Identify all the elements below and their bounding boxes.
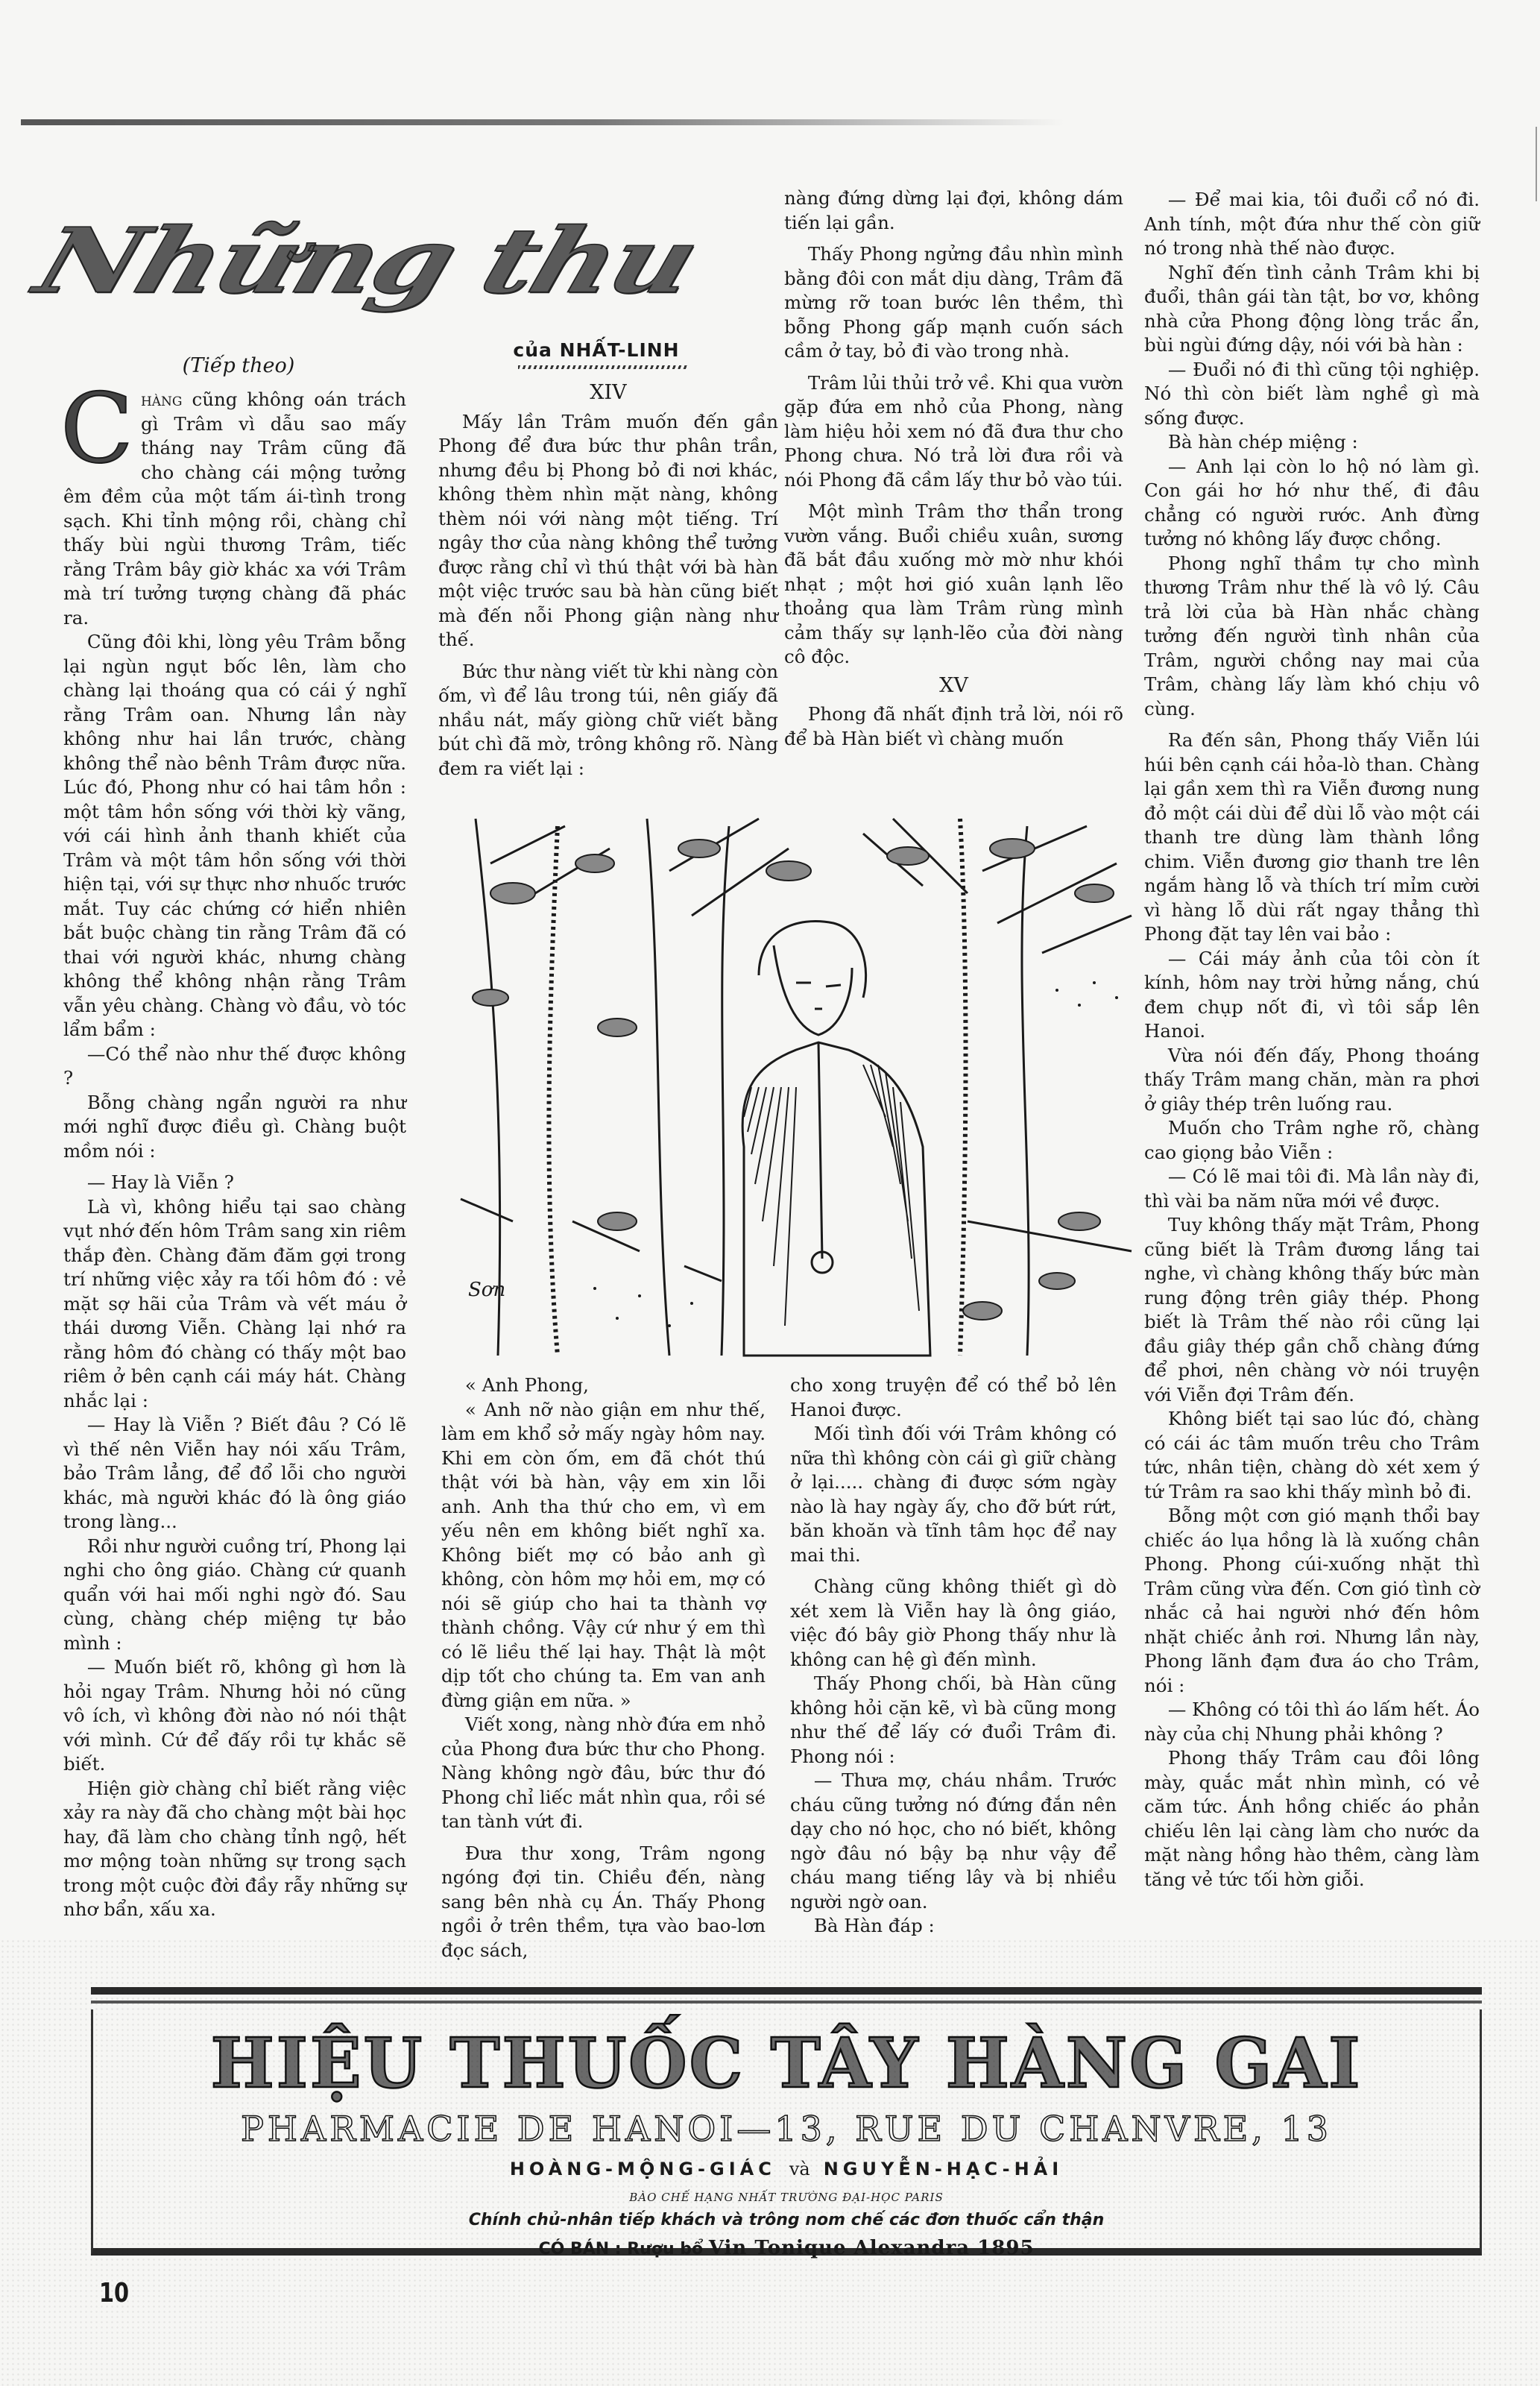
paragraph: Phong nghĩ thầm tự cho mình thương Trâm … xyxy=(1144,552,1480,722)
dialogue-line: — Để mai kia, tôi đuổi cổ nó đi. Anh tín… xyxy=(1144,188,1480,261)
column-2-top: XIV Mấy lần Trâm muốn đến gần Phong để đ… xyxy=(438,377,778,781)
paragraph: Hiện giờ chàng chỉ biết rằng việc xảy ra… xyxy=(63,1777,406,1922)
paragraph: Đưa thư xong, Trâm ngong ngóng đợi tin. … xyxy=(441,1842,766,1963)
ad-top-rule xyxy=(91,1987,1482,1995)
ad-credentials: BÀO CHẾ HẠNG NHẤT TRƯỜNG ĐẠI-HỌC PARIS xyxy=(93,2191,1480,2204)
owner-joiner: và xyxy=(789,2159,810,2179)
story-title: Những thu xyxy=(41,198,771,324)
ad-for-sale: CÓ BÁN : Rượu bổ Vin Tonique Alexandra 1… xyxy=(93,2237,1480,2259)
paragraph: Thấy Phong ngửng đầu nhìn mình bằng đôi … xyxy=(784,242,1123,364)
paragraph: Là vì, không hiểu tại sao chàng vụt nhớ … xyxy=(63,1195,406,1414)
drop-cap: C xyxy=(60,392,133,467)
ad-sale-brand: Vin Tonique Alexandra 1895 xyxy=(709,2237,1035,2259)
column-3-top: nàng đứng dừng lại đợi, không dám tiến l… xyxy=(784,186,1123,751)
paragraph: Viết xong, nàng nhờ đứa em nhỏ của Phong… xyxy=(441,1713,766,1834)
author-byline: của NHẤT-LINH xyxy=(462,339,730,361)
paragraph: Bỗng một cơn gió mạnh thổi bay chiếc áo … xyxy=(1144,1504,1480,1698)
dialogue-line: — Có lẽ mai tôi đi. Mà lần này đi, thì v… xyxy=(1144,1165,1480,1213)
dialogue-line: — Hay là Viễn ? xyxy=(63,1171,406,1195)
ad-sale-label: CÓ BÁN : Rượu bổ xyxy=(538,2240,703,2258)
chapter-heading-xiv: XIV xyxy=(438,381,778,406)
paragraph: Mấy lần Trâm muốn đến gần Phong để đưa b… xyxy=(438,410,778,652)
paragraph: Một mình Trâm thơ thẩn trong vườn vắng. … xyxy=(784,500,1123,670)
paragraph: Chàng cũng không thiết gì dò xét xem là … xyxy=(790,1575,1117,1672)
paragraph: Rồi như người cuồng trí, Phong lại nghi … xyxy=(63,1534,406,1656)
dialogue-line: — Hay là Viễn ? Biết đâu ? Có lẽ vì thế … xyxy=(63,1413,406,1534)
paragraph: Không biết tại sao lúc đó, chàng có cái … xyxy=(1144,1407,1480,1504)
top-rule xyxy=(21,119,1064,125)
paragraph: Bà hàn chép miệng : xyxy=(1144,430,1480,455)
paragraph: Bức thư nàng viết từ khi nàng còn ốm, vì… xyxy=(438,660,778,781)
ad-owners: HOÀNG-MỘNG-GIÁCvàNGUYỄN-HẠC-HẢI xyxy=(93,2159,1480,2179)
dialogue-line: — Không có tôi thì áo lấm hết. Áo này củ… xyxy=(1144,1698,1480,1746)
owner-name: NGUYỄN-HẠC-HẢI xyxy=(824,2159,1063,2179)
dialogue-line: — Muốn biết rõ, không gì hơn là hỏi ngay… xyxy=(63,1655,406,1777)
paragraph: Nghĩ đến tình cảnh Trâm khi bị đuổi, thâ… xyxy=(1144,261,1480,358)
dialogue-line: — Đuổi nó đi thì cũng tội nghiệp. Nó thì… xyxy=(1144,358,1480,431)
dialogue-line: — Thưa mợ, cháu nhầm. Trước cháu cũng tư… xyxy=(790,1769,1117,1914)
dialogue-line: — Cái máy ảnh của tôi còn ít kính, hôm n… xyxy=(1144,947,1480,1044)
svg-text:Sơn: Sơn xyxy=(468,1279,505,1301)
byline-underline xyxy=(518,365,688,369)
column-4: — Để mai kia, tôi đuổi cổ nó đi. Anh tín… xyxy=(1144,188,1480,1892)
letter-salutation: « Anh Phong, xyxy=(441,1373,766,1398)
column-3-bottom: cho xong truyện để có thể bỏ lên Hanoi đ… xyxy=(790,1373,1117,1939)
paragraph: Bỗng chàng ngẩn người ra như mới nghĩ đư… xyxy=(63,1091,406,1164)
column-1: Chàng cũng không oán trách gì Trâm vì dẫ… xyxy=(63,388,406,1922)
paragraph: cho xong truyện để có thể bỏ lên Hanoi đ… xyxy=(790,1373,1117,1422)
paragraph: Bà Hàn đáp : xyxy=(790,1914,1117,1939)
opening-paragraph: Chàng cũng không oán trách gì Trâm vì dẫ… xyxy=(63,388,406,630)
paragraph: Muốn cho Trâm nghe rõ, chàng cao giọng b… xyxy=(1144,1116,1480,1165)
paragraph: Vừa nói đến đấy, Phong thoáng thấy Trâm … xyxy=(1144,1044,1480,1117)
paragraph: nàng đứng dừng lại đợi, không dám tiến l… xyxy=(784,186,1123,235)
ad-headline: HIỆU THUỐC TÂY HÀNG GAI xyxy=(107,2026,1466,2100)
page-edge-mark xyxy=(1536,127,1537,201)
column-2-bottom: « Anh Phong, « Anh nỡ nào giận em như th… xyxy=(441,1373,766,1962)
dialogue-line: — Anh lại còn lo hộ nó làm gì. Con gái h… xyxy=(1144,455,1480,552)
page-number: 10 xyxy=(99,2278,129,2308)
ad-top-rule-thin xyxy=(91,2001,1482,2003)
ad-address: PHARMACIE DE HANOI—13, RUE DU CHANVRE, 1… xyxy=(93,2110,1480,2147)
ad-frame: HIỆU THUỐC TÂY HÀNG GAI PHARMACIE DE HAN… xyxy=(91,2009,1482,2256)
story-title-text: Những thu xyxy=(25,210,708,312)
paragraph: Phong thấy Trâm cau đôi lông mày, quắc m… xyxy=(1144,1746,1480,1892)
lead-smallcaps: hàng xyxy=(141,388,183,410)
paragraph: Tuy không thấy mặt Trâm, Phong cũng biết… xyxy=(1144,1213,1480,1407)
paragraph: Cũng đôi khi, lòng yêu Trâm bỗng lại ngù… xyxy=(63,630,406,1042)
paragraph: Phong đã nhất định trả lời, nói rõ để bà… xyxy=(784,702,1123,751)
paragraph: Mối tình đối với Trâm không có nữa thì k… xyxy=(790,1422,1117,1567)
pharmacy-advertisement: HIỆU THUỐC TÂY HÀNG GAI PHARMACIE DE HAN… xyxy=(91,1987,1482,2270)
ad-service-note: Chính chủ-nhân tiếp khách và trông nom c… xyxy=(93,2211,1480,2229)
paragraph: Ra đến sân, Phong thấy Viễn lúi húi bên … xyxy=(1144,728,1480,947)
story-illustration: Sơn xyxy=(446,804,1143,1363)
owner-name: HOÀNG-MỘNG-GIÁC xyxy=(510,2159,776,2179)
woman-in-forest-illustration: Sơn xyxy=(446,804,1143,1363)
chapter-heading-xv: XV xyxy=(784,674,1123,699)
paragraph: Thấy Phong chối, bà Hàn cũng không hỏi c… xyxy=(790,1672,1117,1769)
paragraph: Trâm lủi thủi trở về. Khi qua vườn gặp đ… xyxy=(784,371,1123,493)
dialogue-line: —Có thể nào như thế được không ? xyxy=(63,1042,406,1091)
letter-body: « Anh nỡ nào giận em như thế, làm em khổ… xyxy=(441,1398,766,1713)
